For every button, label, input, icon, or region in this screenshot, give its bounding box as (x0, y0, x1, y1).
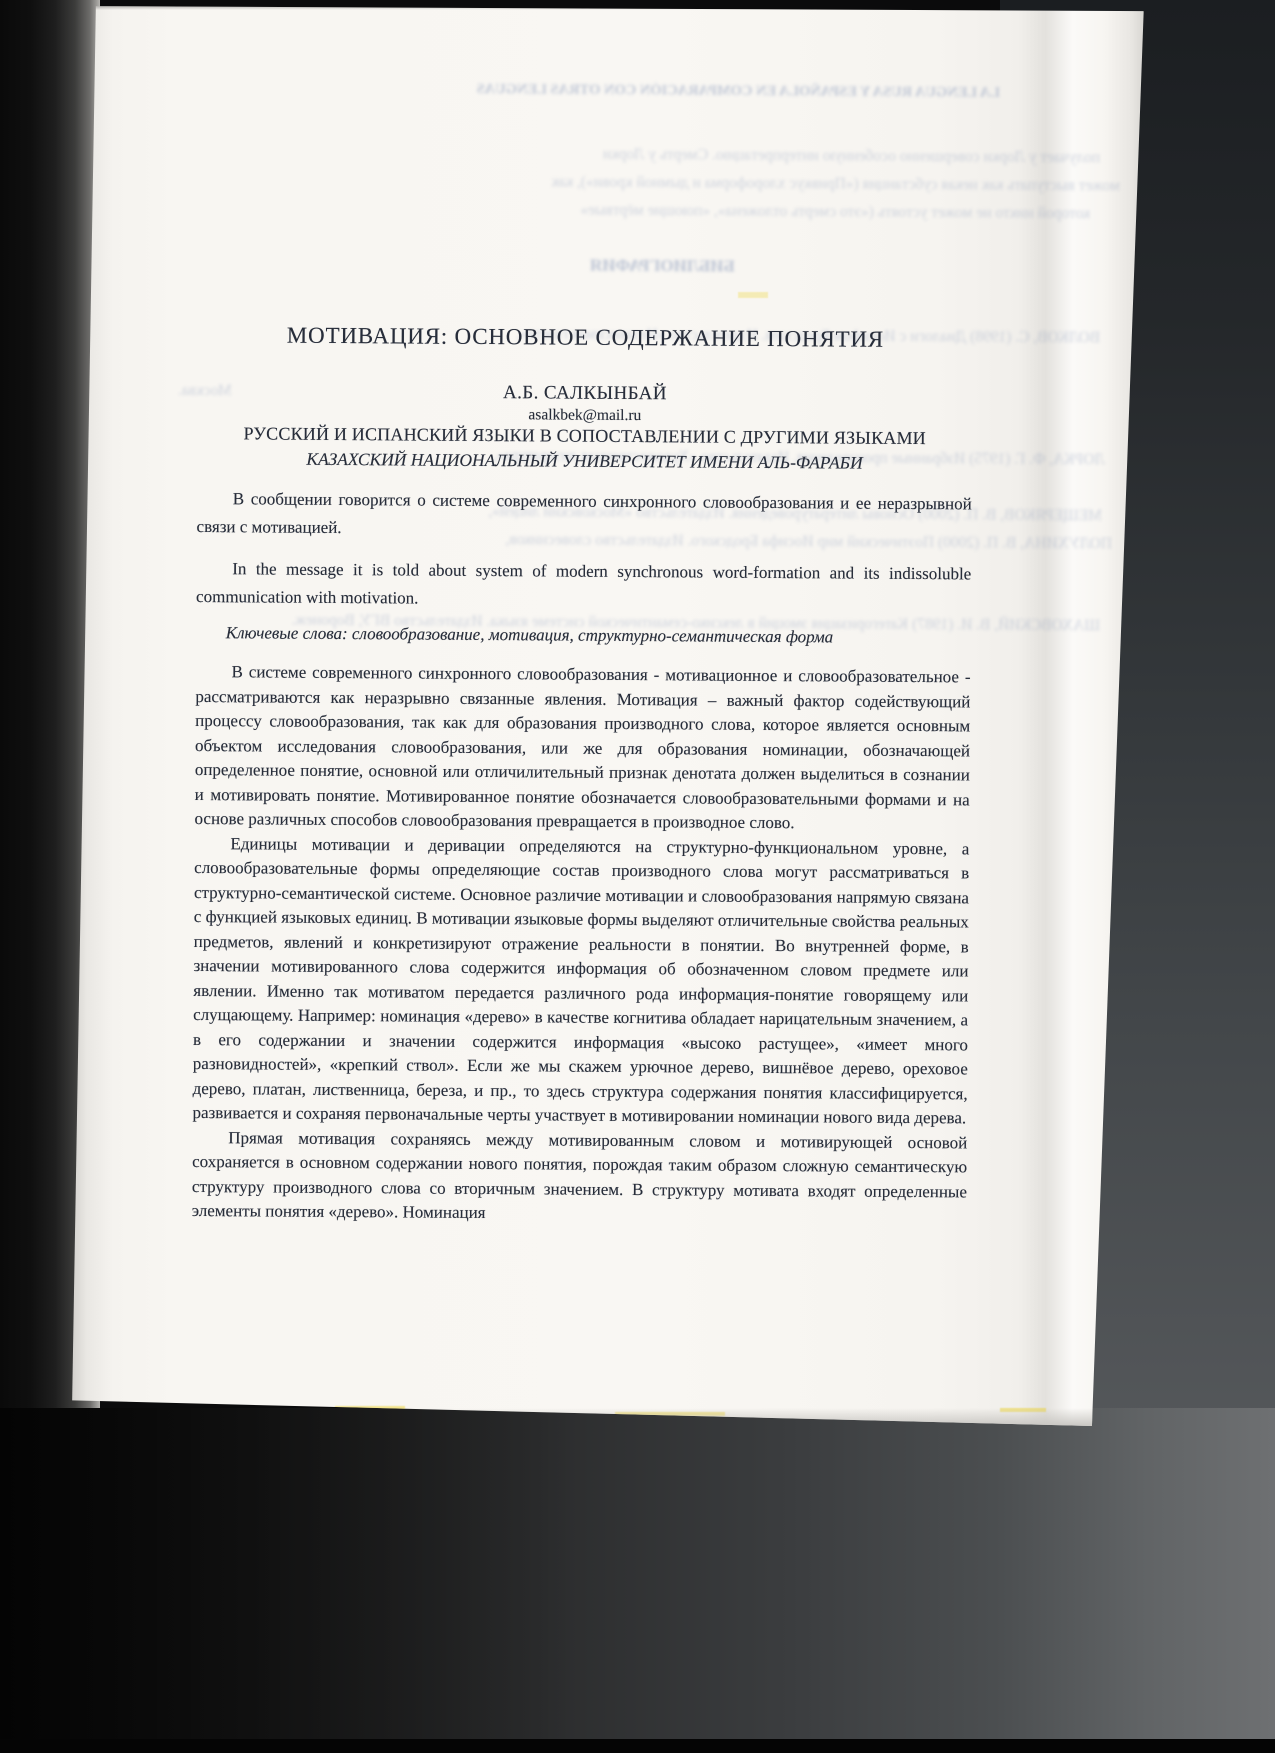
scanned-book-photo: LA LENGUA RUSA Y ESPAÑOLA EN COMPARACIÓN… (0, 0, 1275, 1753)
keywords-line: Ключевые слова: словообразование, мотива… (196, 621, 971, 650)
author-name: А.Б. САЛКЫНБАЙ (197, 380, 972, 406)
bleedthrough-line: получает у Лорки совершенно особенную ин… (200, 143, 1100, 167)
scan-artifact (1000, 1408, 1046, 1412)
bleedthrough-line: которой никто не может устоять («это сме… (210, 199, 1090, 223)
scanner-background-bottom (0, 1408, 1275, 1753)
affiliation-line: КАЗАХСКИЙ НАЦИОНАЛЬНЫЙ УНИВЕРСИТЕТ ИМЕНИ… (197, 447, 972, 474)
scan-artifact (738, 292, 768, 298)
article: МОТИВАЦИЯ: ОСНОВНОЕ СОДЕРЖАНИЕ ПОНЯТИЯ А… (192, 322, 973, 1229)
abstract-russian: В сообщении говорится о системе современ… (196, 485, 971, 546)
article-title: МОТИВАЦИЯ: ОСНОВНОЕ СОДЕРЖАНИЕ ПОНЯТИЯ (198, 322, 973, 353)
bleedthrough-line: БИБЛИОГРАФИЯ (590, 255, 735, 276)
scanner-edge-strip (0, 1739, 1275, 1753)
body-paragraph: Единицы мотивации и деривации определяют… (192, 831, 969, 1130)
bleedthrough-line: может выступать как некая субстанция («П… (170, 171, 1120, 196)
body-paragraph: Прямая мотивация сохраняясь между мотиви… (192, 1125, 968, 1228)
bleedthrough-line: LA LENGUA RUSA Y ESPAÑOLA EN COMPARACIÓN… (190, 79, 1000, 102)
series-line: РУССКИЙ И ИСПАНСКИЙ ЯЗЫКИ В СОПОСТАВЛЕНИ… (197, 422, 972, 450)
scanned-page: LA LENGUA RUSA Y ESPAÑOLA EN COMPARACIÓN… (70, 4, 1148, 1426)
shadow-wedge (0, 1408, 574, 1753)
body-paragraph: В системе современного синхронного слово… (194, 660, 970, 837)
abstract-english: In the message it is told about system o… (196, 555, 971, 616)
